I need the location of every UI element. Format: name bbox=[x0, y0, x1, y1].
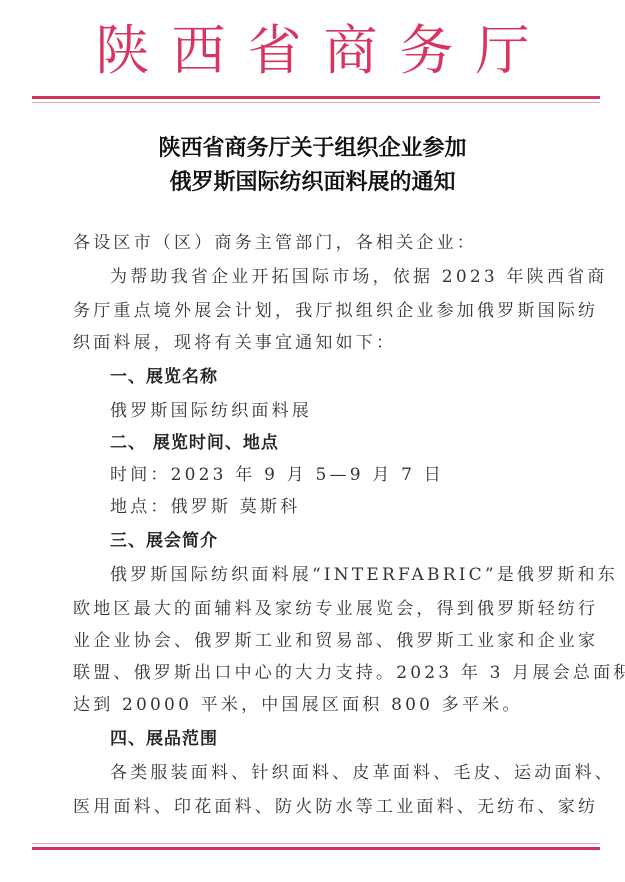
section-2-location: 地点：俄罗斯 莫斯科 bbox=[110, 496, 300, 518]
masthead-rule-thick bbox=[32, 96, 600, 99]
section-4-line-1: 各类服装面料、针织面料、皮革面料、毛皮、运动面料、 bbox=[110, 762, 615, 784]
section-2-time: 时间：2023 年 9 月 5—9 月 7 日 bbox=[110, 464, 444, 486]
section-4-line-2: 医用面料、印花面料、防火防水等工业面料、无纺布、家纺 bbox=[73, 796, 598, 818]
masthead-rule-thin bbox=[32, 102, 600, 103]
salutation: 各设区市（区）商务主管部门，各相关企业： bbox=[73, 232, 477, 254]
section-heading-3: 三、展会简介 bbox=[110, 530, 218, 552]
section-3-line-3: 业企业协会、俄罗斯工业和贸易部、俄罗斯工业家和企业家 bbox=[73, 630, 598, 652]
masthead: 陕西省商务厅 bbox=[0, 20, 625, 82]
section-heading-1: 一、展览名称 bbox=[110, 366, 218, 388]
document-title: 陕西省商务厅关于组织企业参加 俄罗斯国际纺织面料展的通知 bbox=[0, 132, 625, 200]
intro-line-2: 务厅重点境外展会计划，我厅拟组织企业参加俄罗斯国际纺 bbox=[73, 300, 598, 322]
section-1-line-1: 俄罗斯国际纺织面料展 bbox=[110, 400, 312, 422]
intro-line-1: 为帮助我省企业开拓国际市场，依据 2023 年陕西省商 bbox=[110, 266, 607, 288]
section-3-line-5: 达到 20000 平米，中国展区面积 800 多平米。 bbox=[73, 694, 523, 716]
section-heading-2: 二、 展览时间、地点 bbox=[110, 432, 279, 454]
section-3-line-4: 联盟、俄罗斯出口中心的大力支持。2023 年 3 月展会总面积 bbox=[73, 662, 625, 684]
footer-rule-thin bbox=[32, 843, 600, 844]
intro-line-3: 织面料展，现将有关事宜通知如下： bbox=[73, 332, 396, 354]
masthead-title: 陕西省商务厅 bbox=[74, 20, 552, 82]
document-title-line-1: 陕西省商务厅关于组织企业参加 bbox=[0, 132, 625, 166]
document-title-line-2: 俄罗斯国际纺织面料展的通知 bbox=[0, 166, 625, 200]
section-3-line-2: 欧地区最大的面辅料及家纺专业展览会，得到俄罗斯轻纺行 bbox=[73, 598, 598, 620]
section-3-line-1: 俄罗斯国际纺织面料展“INTERFABRIC”是俄罗斯和东 bbox=[110, 564, 618, 586]
footer-rule-thick bbox=[32, 847, 600, 850]
section-heading-4: 四、展品范围 bbox=[110, 728, 218, 750]
